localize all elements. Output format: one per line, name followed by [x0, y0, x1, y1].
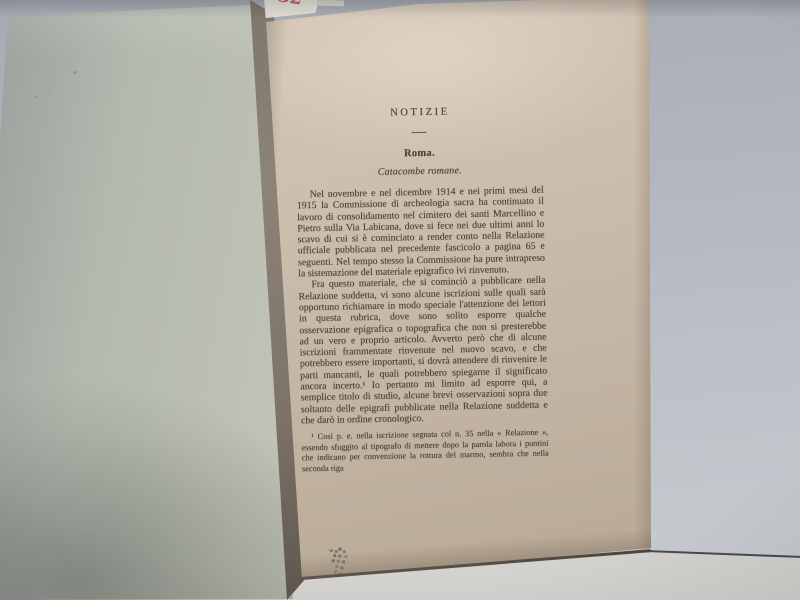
handwritten-number: 32 [278, 0, 304, 10]
fox-spot [35, 96, 37, 98]
body-paragraph: Nel novembre e nel dicembre 1914 e nei p… [297, 185, 546, 280]
page-title: NOTIZIE [295, 105, 542, 121]
fox-spot [73, 71, 77, 74]
section-heading: Roma. [296, 146, 543, 162]
paper-scrap [317, 0, 344, 6]
fox-spot [140, 191, 142, 193]
page-right-edge-shading [634, 0, 652, 552]
title-divider-rule [411, 132, 426, 133]
fox-spot [49, 92, 51, 94]
page-text-block: NOTIZIE Roma. Catacombe romane. Nel nove… [295, 105, 549, 475]
inventory-label: 32 [264, 0, 319, 18]
ink-smudge [330, 548, 332, 550]
photo-of-open-booklet: NOTIZIE Roma. Catacombe romane. Nel nove… [0, 0, 800, 600]
section-subheading: Catacombe romane. [296, 164, 543, 180]
body-paragraph: Fra questo materiale, che si cominciò a … [298, 275, 548, 427]
footnote: ¹ Così p. e. nella iscrizione segnata co… [301, 428, 549, 475]
